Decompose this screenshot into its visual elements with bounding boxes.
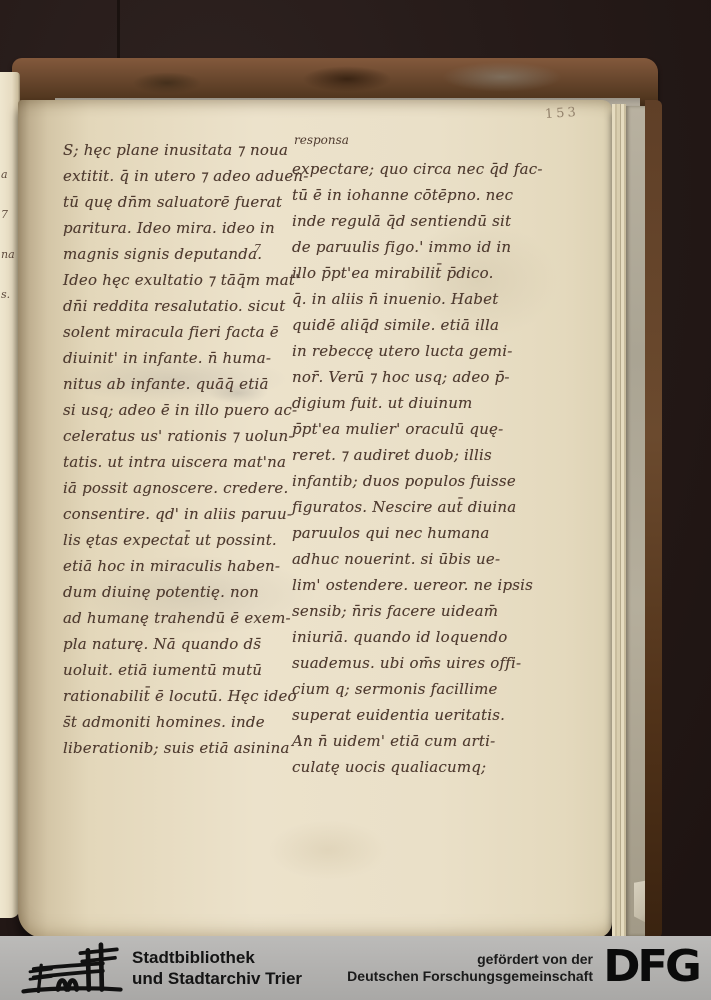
manuscript-text-line: cium q; sermonis facillime xyxy=(292,676,554,702)
digitization-footer-banner: Stadtbibliothek und Stadtarchiv Trier ge… xyxy=(0,936,711,1000)
manuscript-text-line: p̄pt'ea mulier' oraculū quę- xyxy=(292,416,554,442)
library-name: Stadtbibliothek und Stadtarchiv Trier xyxy=(132,947,302,989)
facing-page-text-fragment: 7 xyxy=(1,208,19,248)
manuscript-text-line: quidē aliq̄d simile. etiā illa xyxy=(292,312,554,338)
funding-note-line1: gefördert von der xyxy=(347,951,593,968)
manuscript-text-line: tū ē in iohanne cōtēpno. nec xyxy=(292,182,554,208)
manuscript-text-line: paruulos qui nec humana xyxy=(292,520,554,546)
leather-blotch xyxy=(302,66,392,92)
manuscript-text-line: iā possit agnoscere. credere. xyxy=(63,475,293,501)
manuscript-text-line: An n̄ uidem' etiā cum arti- xyxy=(292,728,554,754)
manuscript-text-line: infantib; duos populos fuisse xyxy=(292,468,554,494)
manuscript-text-line: illo p̄pt'ea mirabilit̄ p̄dico. xyxy=(292,260,554,286)
library-name-line2: und Stadtarchiv Trier xyxy=(132,968,302,989)
parchment-stain xyxy=(268,820,388,880)
manuscript-text-line: culatę uocis qualiacumq; xyxy=(292,754,554,780)
manuscript-text-line: superat euidentia ueritatis. xyxy=(292,702,554,728)
manuscript-text-line: celeratus us' rationis ⁊ uolun- xyxy=(63,423,293,449)
manuscript-text-line: adhuc nouerint. si ūbis ue- xyxy=(292,546,554,572)
facing-page-text-fragment: s. xyxy=(1,288,19,328)
manuscript-text-line: in rebeccę utero lucta gemi- xyxy=(292,338,554,364)
manuscript-text-line: solent miracula fieri facta ē xyxy=(63,319,293,345)
manuscript-left-column: S; hęc plane inusitata ⁊ nouaextitit. q̄… xyxy=(63,137,293,761)
manuscript-text-line: nitus ab infante. quāq̄ etiā xyxy=(63,371,293,397)
manuscript-text-line: de paruulis figo.' immo id in xyxy=(292,234,554,260)
folio-number: 153 xyxy=(545,105,580,122)
manuscript-text-line: consentire. qd' in aliis paruu- xyxy=(63,501,293,527)
stadtbibliothek-trier-logo xyxy=(20,941,124,997)
column-header-responsa: responsa xyxy=(294,133,349,147)
facing-page-text-fragment: na xyxy=(1,248,19,288)
manuscript-text-line: pla naturę. Nā quando ds̄ xyxy=(63,631,293,657)
page-stack-edges xyxy=(612,104,626,936)
manuscript-text-line: tatis. ut intra uiscera mat'na xyxy=(63,449,293,475)
manuscript-text-line: lim' ostendere. uereor. ne ipsis xyxy=(292,572,554,598)
manuscript-text-line: uoluit. etiā iumentū mutū xyxy=(63,657,293,683)
manuscript-text-line: extitit. q̄ in utero ⁊ adeo aduen- xyxy=(63,163,293,189)
manuscript-text-line: S; hęc plane inusitata ⁊ noua xyxy=(63,137,293,163)
manuscript-text-line: rationabilit̄ ē locutū. Hęc ideo xyxy=(63,683,293,709)
marginal-insertion-mark: 7 xyxy=(254,242,261,255)
manuscript-text-line: q̄. in aliis n̄ inuenio. Habet xyxy=(292,286,554,312)
facing-page-text-fragment: a xyxy=(1,168,19,208)
manuscript-text-line: tū quę dn̄m saluatorē fuerat xyxy=(63,189,293,215)
manuscript-right-column: expectare; quo circa nec q̄d fac-tū ē in… xyxy=(292,156,554,780)
leather-blotch xyxy=(442,62,562,92)
manuscript-text-line: liberationib; suis etiā asinina xyxy=(63,735,293,761)
manuscript-text-line: paritura. Ideo mira. ideo in xyxy=(63,215,293,241)
manuscript-text-line: figuratos. Nescire aut̄ diuina xyxy=(292,494,554,520)
manuscript-text-line: dn̄i reddita resalutatio. sicut xyxy=(63,293,293,319)
book-right-leather-cover xyxy=(645,100,662,938)
dfg-logo: DFG xyxy=(596,942,706,992)
manuscript-text-line: inde regulā q̄d sentiendū sit xyxy=(292,208,554,234)
manuscript-text-line: suademus. ubi om̄s uires offi- xyxy=(292,650,554,676)
manuscript-text-line: sensib; n̄ris facere uideam̄ xyxy=(292,598,554,624)
manuscript-text-line: iniuriā. quando id loquendo xyxy=(292,624,554,650)
manuscript-text-line: nor̄. Verū ⁊ hoc usq; adeo p̄- xyxy=(292,364,554,390)
manuscript-text-line: expectare; quo circa nec q̄d fac- xyxy=(292,156,554,182)
manuscript-text-line: lis ętas expectat̄ ut possint. xyxy=(63,527,293,553)
manuscript-text-line: dum diuinę potentię. non xyxy=(63,579,293,605)
funding-note: gefördert von der Deutschen Forschungsge… xyxy=(347,951,593,985)
manuscript-text-line: digium fuit. ut diuinum xyxy=(292,390,554,416)
leather-blotch xyxy=(132,72,202,94)
manuscript-text-line: reret. ⁊ audiret duob; illis xyxy=(292,442,554,468)
manuscript-text-line: ad humanę trahendū ē exem- xyxy=(63,605,293,631)
manuscript-text-line: si usq; adeo ē in illo puero ac- xyxy=(63,397,293,423)
fore-edge-parchment xyxy=(626,106,647,936)
manuscript-text-line: etiā hoc in miraculis haben- xyxy=(63,553,293,579)
manuscript-text-line: s̄t admoniti homines. inde xyxy=(63,709,293,735)
manuscript-text-line: Ideo hęc exultatio ⁊ tāq̄m mat' xyxy=(63,267,293,293)
manuscript-text-line: diuinit' in infante. n̄ huma- xyxy=(63,345,293,371)
manuscript-page: 153 responsa S; hęc plane inusitata ⁊ no… xyxy=(18,100,612,938)
facing-page-text-fragments: a7nas. xyxy=(1,168,19,328)
background-seam xyxy=(117,0,120,58)
funding-note-line2: Deutschen Forschungsgemeinschaft xyxy=(347,968,593,985)
library-name-line1: Stadtbibliothek xyxy=(132,947,302,968)
